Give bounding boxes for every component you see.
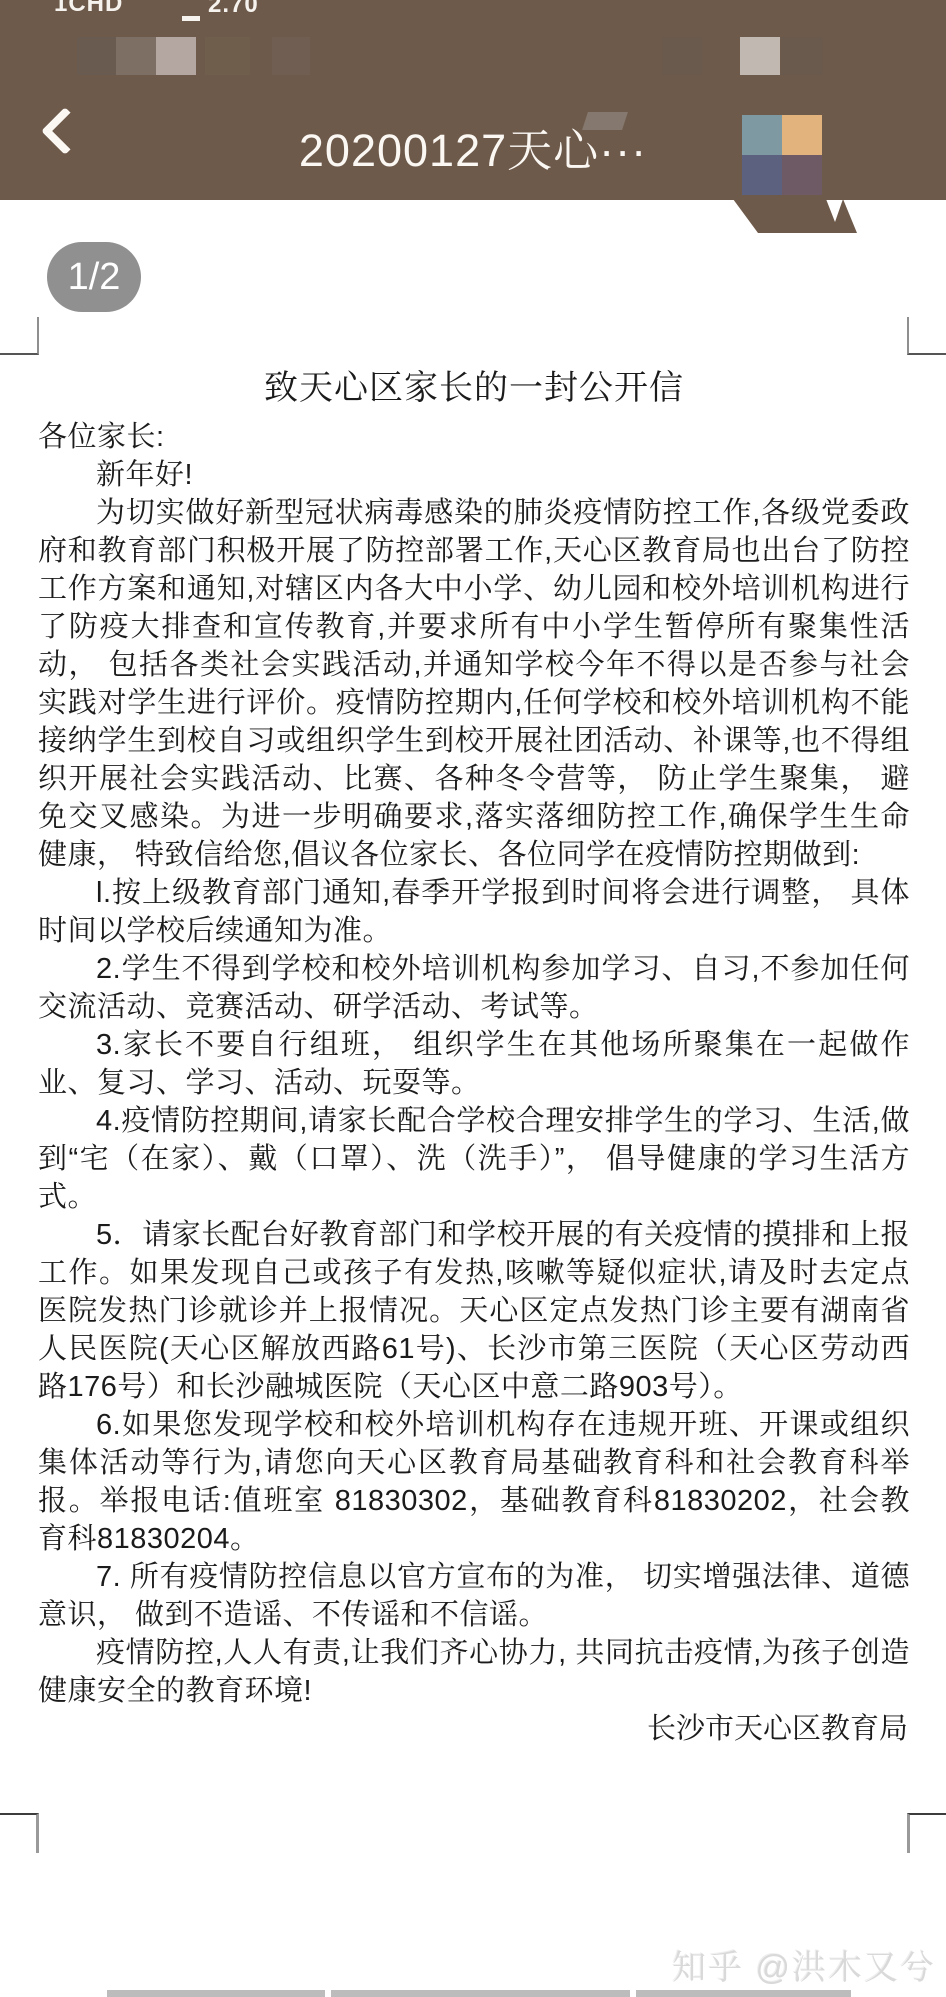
statusbar-blur-square bbox=[116, 37, 156, 75]
photo-corner-bottom-left bbox=[0, 1813, 39, 1853]
statusbar-blur-square bbox=[662, 37, 702, 75]
letter-paragraph-item-3: 3.家长不要自行组班， 组织学生在其他场所聚集在一起做作业、复习、学习、活动、玩… bbox=[38, 1026, 910, 1102]
letter-paragraph-greeting: 新年好! bbox=[38, 456, 910, 494]
header-bar: 1CHD 2.70 20200127天心··· bbox=[0, 0, 946, 200]
statusbar-blur-square bbox=[156, 37, 196, 75]
letter-paragraph-item-6: 6.如果您发现学校和校外培训机构存在违规开班、开课或组织集体活动等行为,请您向天… bbox=[38, 1406, 910, 1558]
letter-paragraph-closing: 疫情防控,人人有责,让我们齐心协力, 共同抗击疫情,为孩子创造健康安全的教育环境… bbox=[38, 1634, 910, 1710]
thumbnail-cell bbox=[742, 155, 782, 195]
thumbnail-cell bbox=[782, 115, 822, 155]
statusbar-network-icon bbox=[182, 16, 200, 21]
blurred-photo-thumbnail bbox=[742, 115, 822, 195]
statusbar-carrier-text: 1CHD bbox=[54, 0, 123, 18]
statusbar-net-speed: 2.70 bbox=[208, 0, 259, 19]
letter-paragraph-item-4: 4.疫情防控期间,请家长配合学校合理安排学生的学习、生活,做到“宅（在家）、戴（… bbox=[38, 1102, 910, 1216]
letter-signature: 长沙市天心区教育局 bbox=[38, 1710, 910, 1748]
letter-title: 致天心区家长的一封公开信 bbox=[38, 360, 910, 409]
photo-corner-top-right bbox=[907, 317, 946, 355]
statusbar-blur-square bbox=[205, 37, 250, 75]
thumbnail-cell bbox=[782, 155, 822, 195]
watermark-text: 知乎 @洪木又兮 bbox=[0, 1940, 936, 1989]
statusbar-blur-square bbox=[781, 37, 823, 75]
statusbar-blur-square bbox=[740, 37, 780, 75]
letter-paragraph-item-5: 5．请家长配台好教育部门和学校开展的有关疫情的摸排和上报工作。如果发现自己或孩子… bbox=[38, 1216, 910, 1406]
bottom-page-thumbnail[interactable] bbox=[107, 1990, 325, 1997]
photo-corner-bottom-right bbox=[907, 1813, 946, 1853]
statusbar-blur-square bbox=[272, 37, 310, 75]
letter-paragraph-item-7: 7. 所有疫情防控信息以官方宣布的为准， 切实增强法律、道德意识， 做到不造谣、… bbox=[38, 1558, 910, 1634]
bottom-page-thumbnail[interactable] bbox=[636, 1990, 851, 1997]
letter-paragraph-intro: 为切实做好新型冠状病毒感染的肺炎疫情防控工作,各级党委政府和教育部门积极开展了防… bbox=[38, 494, 910, 874]
photo-corner-top-left bbox=[0, 317, 39, 355]
statusbar-blur-square bbox=[77, 37, 116, 75]
title-blur-smudge bbox=[582, 112, 628, 130]
thumbnail-cell bbox=[742, 115, 782, 155]
letter-document: 致天心区家长的一封公开信 各位家长: 新年好! 为切实做好新型冠状病毒感染的肺炎… bbox=[38, 360, 910, 1748]
page-indicator-badge: 1/2 bbox=[47, 242, 141, 312]
letter-paragraph-item-2: 2.学生不得到学校和校外培训机构参加学习、自习,不参加任何交流活动、竞赛活动、研… bbox=[38, 950, 910, 1026]
bottom-page-thumbnail[interactable] bbox=[331, 1990, 630, 1997]
document-viewer-screen: 1CHD 2.70 20200127天心··· 1/2 致天心区家长的一封公开信… bbox=[0, 0, 946, 1997]
letter-paragraph-salutation: 各位家长: bbox=[38, 418, 910, 456]
letter-paragraph-item-1: l.按上级教育部门通知,春季开学报到时间将会进行调整， 具体时间以学校后续通知为… bbox=[38, 874, 910, 950]
